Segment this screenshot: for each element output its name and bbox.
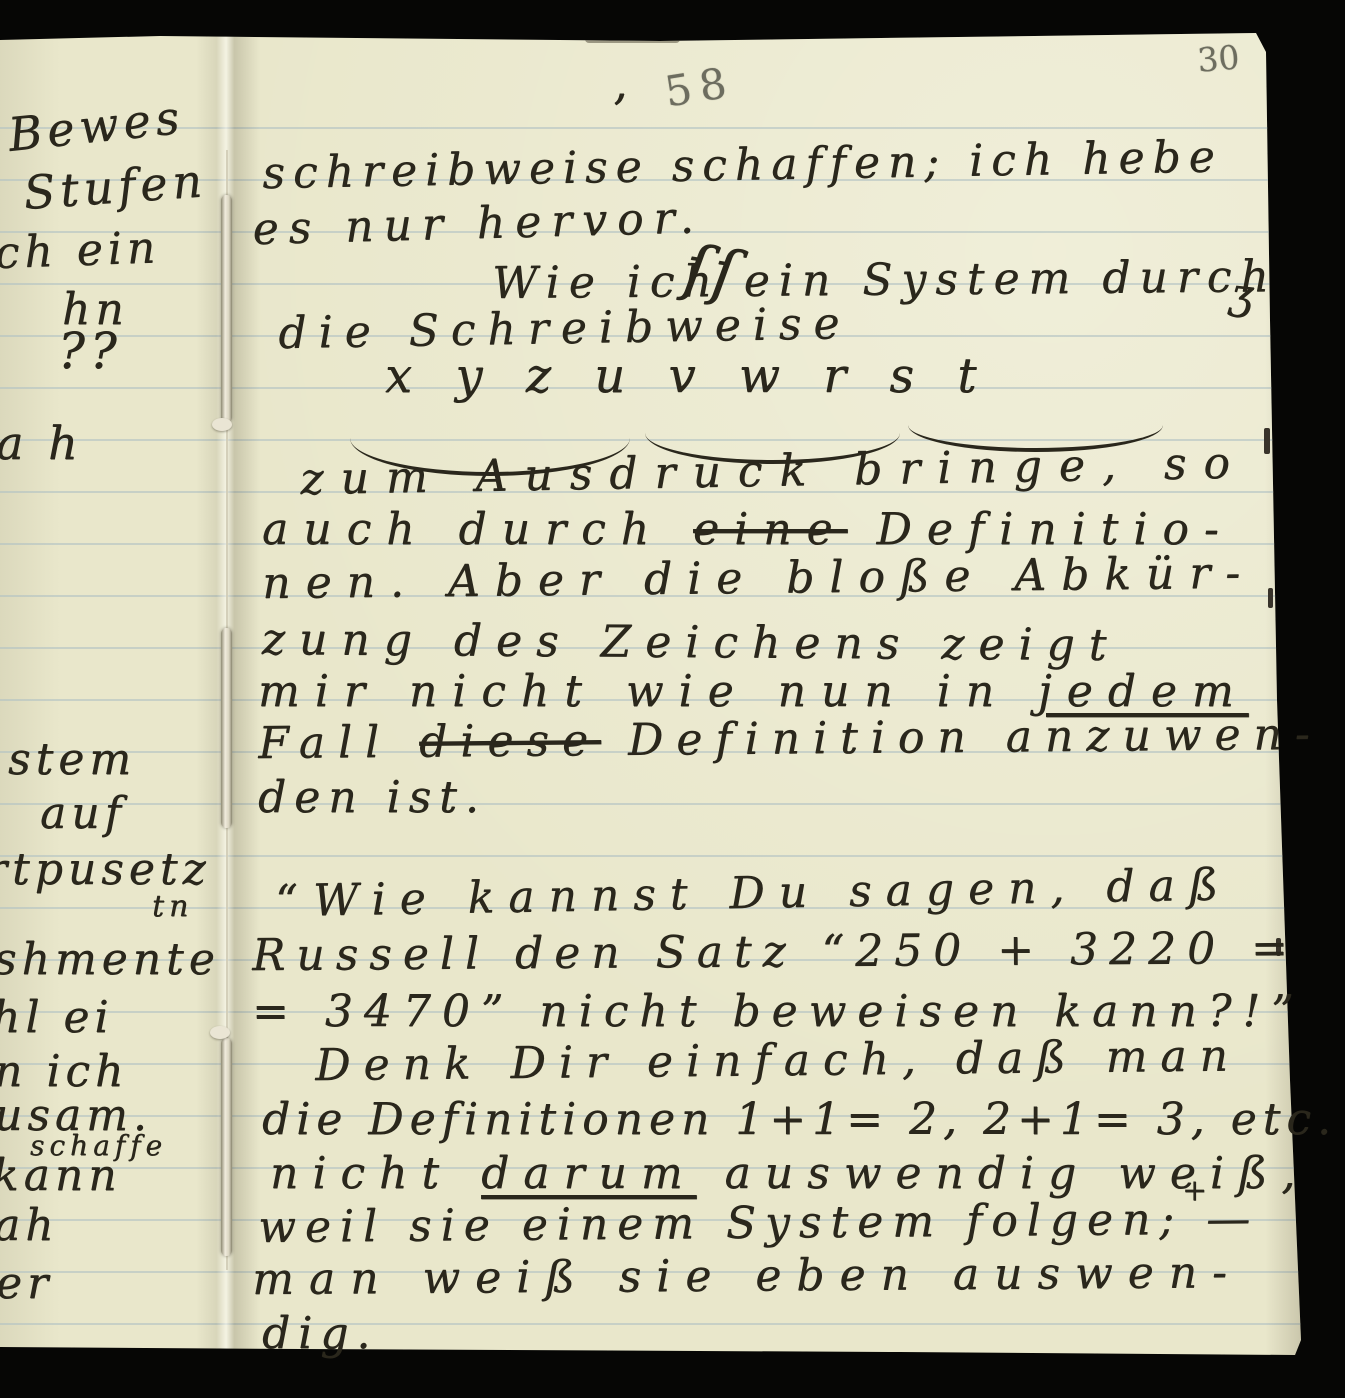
handwriting-line: Wie ich ein System durch: [492, 255, 1278, 306]
facing-page-fragment: kann: [0, 1154, 122, 1198]
stray-ink-mark: +: [1182, 1176, 1212, 1206]
struck-word: eine: [693, 504, 848, 555]
handwriting-line: zung des Zeichens zeigt: [262, 618, 1121, 668]
handwriting-line: die Definitionen 1+1= 2, 2+1= 3, etc.: [262, 1098, 1337, 1142]
page-edge-mark: [1264, 428, 1270, 454]
handwriting-line: den ist.: [258, 776, 487, 820]
handwriting-line: weil sie einem System folgen; —: [258, 1197, 1259, 1250]
handwriting-line: Denk Dir einfach, daß man: [315, 1034, 1241, 1088]
handwriting-line: man weiß sie eben auswen-: [252, 1251, 1242, 1302]
facing-page-fragment: n ich: [0, 1050, 128, 1094]
handwriting-line: = 3470” nicht beweisen kann?!”: [252, 990, 1305, 1034]
facing-page-fragment: stem: [8, 738, 136, 782]
handwriting-line: auch durch eine Definitio-: [262, 508, 1234, 552]
line-segment: auswendig weiß,: [697, 1148, 1310, 1199]
manuscript-scan: 58 30 schreibweise schaffen; ich hebe es…: [0, 0, 1345, 1398]
handwriting-formula: x y z u v w r s t: [385, 352, 985, 400]
binding-thread-knot: [210, 1026, 230, 1039]
page-number-center: 58: [662, 61, 737, 113]
facing-page-fragment: shmente: [0, 938, 220, 982]
struck-word: diese: [419, 715, 601, 768]
facing-page-fragment: ah: [0, 1204, 59, 1248]
binding-thread-knot: [212, 418, 232, 431]
facing-page-fragment: tn: [152, 892, 193, 922]
line-segment: mir nicht wie nun in: [258, 666, 1038, 717]
stray-ink-mark: ſſ: [680, 236, 745, 306]
line-segment: Definition anzuwen-: [601, 709, 1323, 766]
stray-ink-mark: ʒ: [1228, 272, 1261, 317]
facing-page-fragment: Stufen: [22, 157, 208, 216]
binding-thread-loop: [221, 1038, 232, 1256]
page-number-corner: 30: [1196, 40, 1241, 77]
facing-page-fragment: auf: [40, 792, 126, 836]
handwriting-line: Russell den Satz “250 + 3220 =: [252, 927, 1299, 978]
page-top-smudge: [585, 34, 680, 43]
handwriting-line: Fall diese Definition anzuwen-: [258, 713, 1323, 766]
handwriting-line: mir nicht wie nun in jedem: [258, 670, 1249, 714]
binding-thread-loop: [221, 195, 232, 423]
handwriting-line: dig.: [262, 1312, 378, 1356]
binding-thread-loop: [221, 628, 232, 828]
stray-ink-mark: ’: [612, 88, 632, 134]
handwriting-line: es nur hervor.: [252, 196, 704, 252]
facing-page-fragment: a h: [0, 420, 83, 466]
line-segment: Definitio-: [848, 504, 1234, 555]
handwriting-line: nicht darum auswendig weiß,: [270, 1152, 1309, 1196]
line-segment: Fall: [258, 717, 419, 769]
line-segment: auch durch: [262, 504, 693, 555]
underlined-word: darum: [481, 1148, 697, 1199]
line-segment: nicht: [270, 1148, 481, 1199]
page-edge-mark: [1268, 588, 1273, 608]
facing-page-fragment: ??: [58, 326, 122, 376]
handwriting-line: nen. Aber die bloße Abkür-: [262, 552, 1255, 606]
facing-page-fragment: rtpusetz: [0, 848, 211, 892]
facing-page-fragment: ch ein: [0, 226, 161, 276]
facing-page-fragment: hl ei: [0, 996, 114, 1040]
facing-page-fragment: er: [0, 1262, 53, 1306]
